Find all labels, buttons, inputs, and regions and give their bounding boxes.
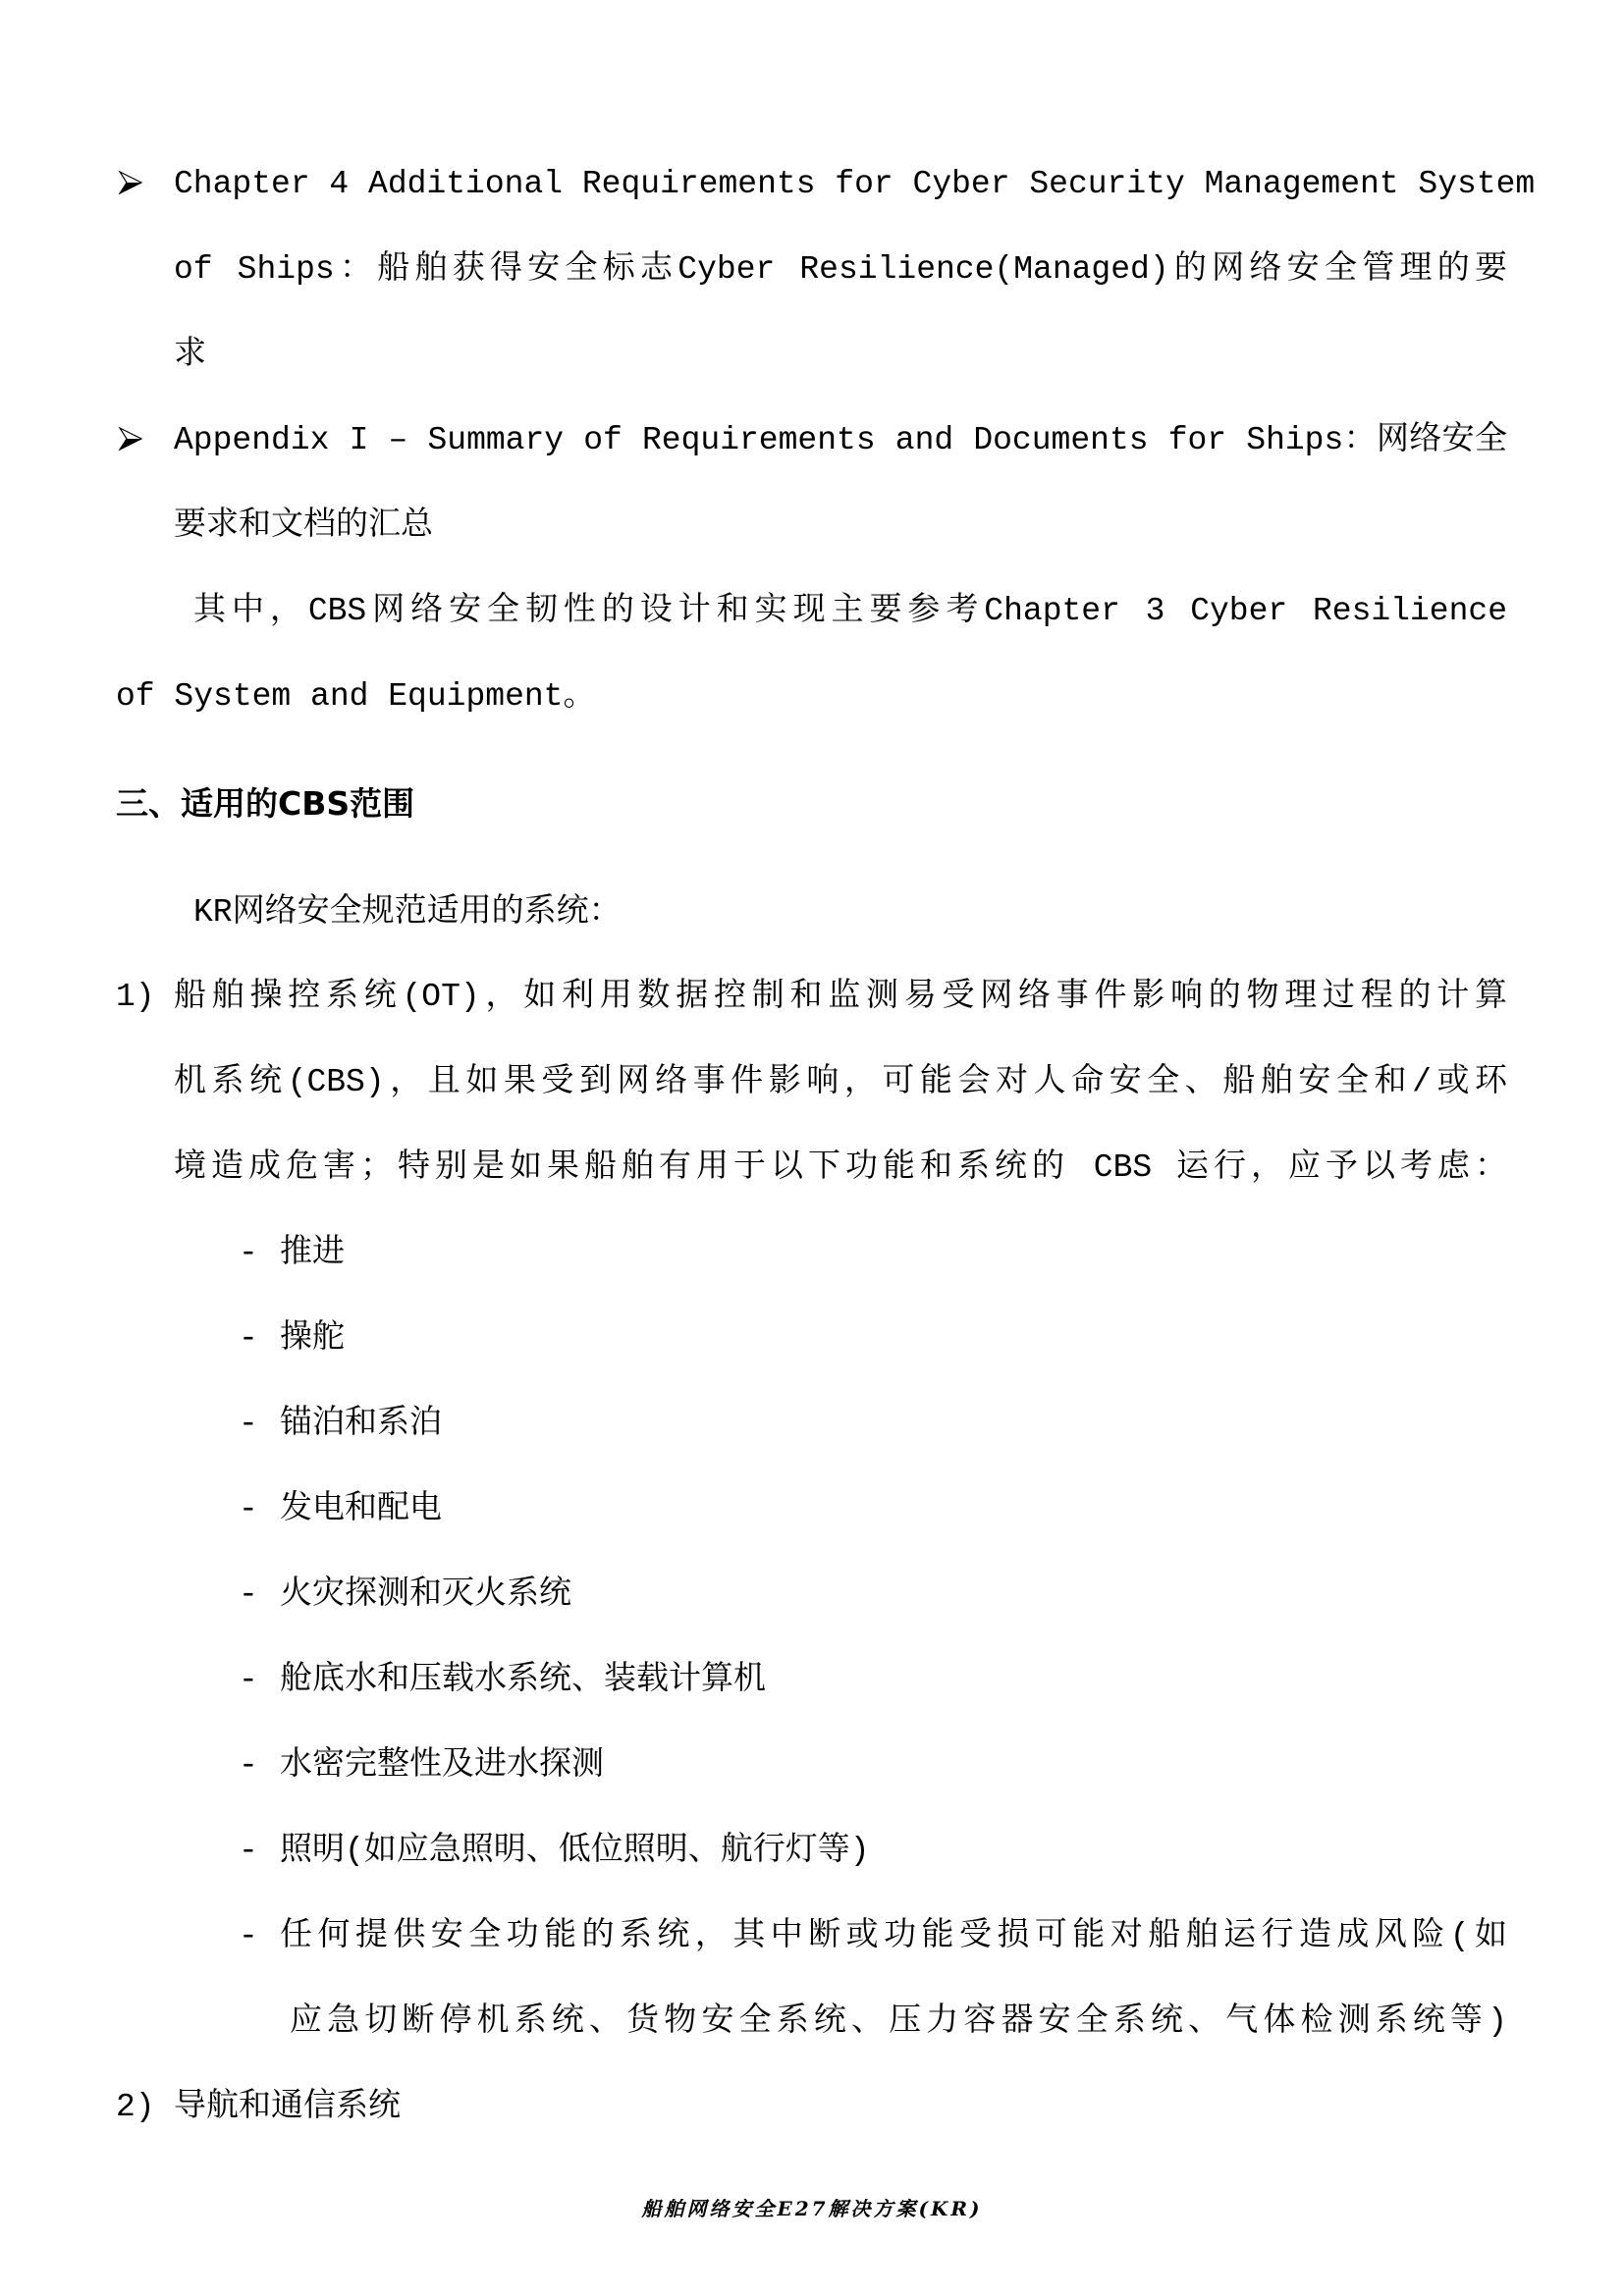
sub-item-dash: - — [239, 1403, 258, 1446]
item-2-number: 2) — [116, 2086, 155, 2129]
item-1-line-3: 境造成危害；特别是如果船舶有用于以下功能和系统的 CBS 运行，应予以考虑： — [174, 1147, 1507, 1190]
arrow-bullet-icon — [118, 170, 143, 195]
sub-item-dash: - — [239, 1574, 258, 1617]
item-1-line-1: 船舶操控系统(OT)，如利用数据控制和监测易受网络事件影响的物理过程的计算 — [174, 976, 1507, 1019]
sub-item-safety-line-2: 应急切断停机系统、货物安全系统、压力容器安全系统、气体检测系统等) — [290, 2001, 1507, 2044]
sub-item-anchoring: 锚泊和系泊 — [280, 1403, 442, 1446]
sub-item-steering: 操舵 — [280, 1317, 345, 1361]
sub-item-dash: - — [239, 1659, 258, 1702]
paragraph-line-2: of System and Equipment。 — [116, 675, 595, 719]
sub-item-bilge-ballast: 舱底水和压载水系统、装载计算机 — [280, 1659, 766, 1702]
sub-item-dash: - — [239, 1744, 258, 1788]
item-1-number: 1) — [116, 976, 155, 1019]
sub-item-dash: - — [239, 1488, 258, 1531]
sub-item-fire: 火灾探测和灭火系统 — [280, 1574, 571, 1617]
section-heading: 三、适用的CBS范围 — [116, 782, 414, 826]
bullet-1-line-3: 求 — [174, 334, 206, 377]
sub-item-propulsion: 推进 — [280, 1232, 345, 1275]
paragraph-line-1: 其中，CBS网络安全韧性的设计和实现主要参考Chapter 3 Cyber Re… — [193, 590, 1507, 633]
sub-item-power: 发电和配电 — [280, 1488, 442, 1531]
page-footer: 船舶网络安全E27解决方案(KR) — [0, 2193, 1624, 2221]
item-1-line-2: 机系统(CBS)，且如果受到网络事件影响，可能会对人命安全、船舶安全和/或环 — [174, 1061, 1507, 1104]
intro-text: KR网络安全规范适用的系统： — [193, 891, 622, 934]
sub-item-dash: - — [239, 1915, 258, 1958]
bullet-1-line-1: Chapter 4 Additional Requirements for Cy… — [174, 163, 1507, 206]
sub-item-dash: - — [239, 1232, 258, 1275]
bullet-2-line-1: Appendix I – Summary of Requirements and… — [174, 419, 1507, 462]
sub-item-dash: - — [239, 1830, 258, 1873]
sub-item-dash: - — [239, 1317, 258, 1361]
sub-item-watertight: 水密完整性及进水探测 — [280, 1744, 604, 1788]
bullet-1-line-2: of Ships：船舶获得安全标志Cyber Resilience(Manage… — [174, 248, 1507, 292]
sub-item-lighting: 照明(如应急照明、低位照明、航行灯等) — [280, 1830, 870, 1873]
sub-item-safety-line-1: 任何提供安全功能的系统，其中断或功能受损可能对船舶运行造成风险(如 — [280, 1915, 1507, 1958]
bullet-2-line-2: 要求和文档的汇总 — [174, 505, 433, 548]
arrow-bullet-icon — [118, 426, 143, 452]
item-2-line-1: 导航和通信系统 — [174, 2086, 401, 2129]
